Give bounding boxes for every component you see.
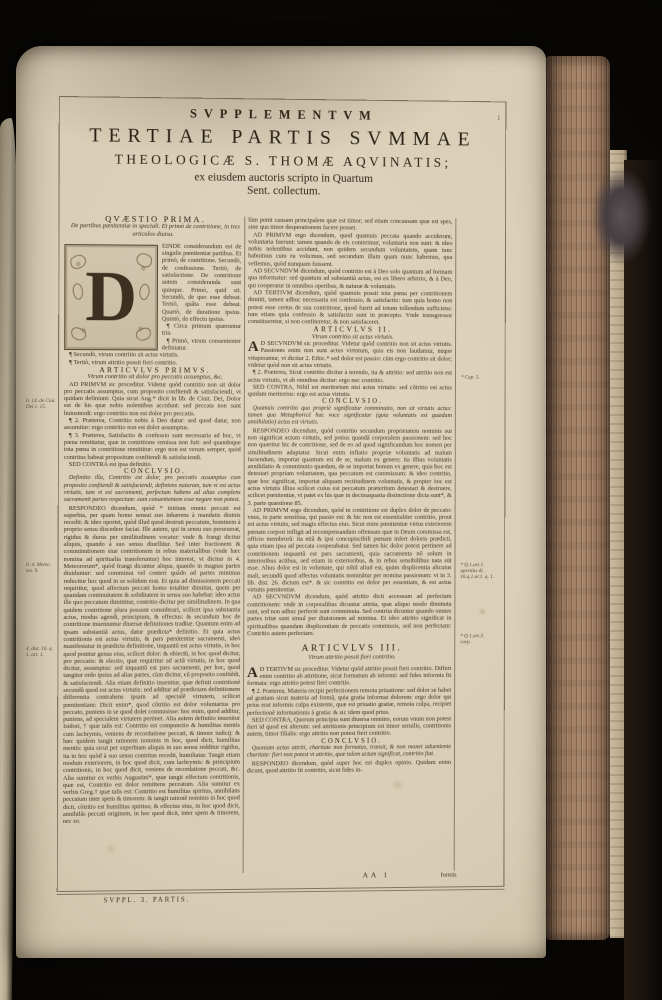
sed-contra-paragraph: SED CONTRA, Nihil est meritorium nisi ac… xyxy=(248,384,452,399)
marginal-note: * Q.1.art.1. apertiùs di. 16.q.1.ar.1. q… xyxy=(460,562,495,580)
marginal-note: li. 4. Meteo. tex. 9. xyxy=(26,562,56,574)
reply-paragraph: AD SECVNDVM dicendum, quòd contritio est… xyxy=(248,267,452,290)
article-1-subtitle: Vtrum contritio sit dolor pro peccatis a… xyxy=(64,373,241,381)
right-margin-notes: * Cap. 5. * Q.1.art.1. apertiùs di. 16.q… xyxy=(458,218,503,870)
marginal-note: * Q.1.art.3. corp. xyxy=(460,633,495,645)
reply-paragraph: AD PRIMVM ergo dicendum, quod quamuis pe… xyxy=(248,231,452,269)
conclusio-paragraph: Quoniam actus attriti, charitate non for… xyxy=(247,744,451,760)
respondeo-paragraph: RESPONDEO dicendum, quòd * initium omnis… xyxy=(63,505,241,826)
respondeo-paragraph: RESPONDEO dicendum, quòd super hoc est d… xyxy=(247,759,451,775)
conclusio-paragraph: Quamuis contritio qua propriè significat… xyxy=(248,405,452,427)
cover-corner-blotch xyxy=(592,168,658,288)
text-frame: 1 SVPPLEMENTVM TERTIAE PARTIS SVMMAE THE… xyxy=(57,96,507,892)
marginal-note: 4. dist. 16. q. 1. art. 1. xyxy=(26,646,56,658)
questio-intro: De partibus pœnitentiæ in speciali. Et p… xyxy=(64,222,241,238)
continuation-paragraph: lùm ponit causam principalem quæ est tim… xyxy=(248,217,452,233)
column-divider-rule xyxy=(243,217,246,873)
marginal-note: * Cap. 5. xyxy=(461,375,496,381)
woodcut-initial-d: D xyxy=(64,244,158,350)
header-title-main: TERTIAE PARTIS SVMMAE xyxy=(60,124,506,152)
catchword: formis xyxy=(441,872,457,879)
initial-letter-a: A xyxy=(247,666,260,680)
header-title-sub: THEOLOGICÆ S. THOMÆ AQVINATIS; xyxy=(60,151,506,171)
initial-letter-a: A xyxy=(248,340,261,354)
reply-paragraph: AD PRIMVM ergo dicendum, quòd in contrit… xyxy=(247,507,451,594)
notes-divider-rule xyxy=(454,218,457,870)
initial-letter: D xyxy=(65,253,157,339)
objection-paragraph: AD SECVNDVM sic proceditur. Videtur quòd… xyxy=(248,340,452,370)
book-page: li. 14. de Ciui. Dei c. 15. li. 4. Meteo… xyxy=(16,46,546,958)
footer-signature: SVPPL. 3. PARTIS. xyxy=(104,895,190,904)
sed-contra-paragraph: SED CONTRA, Quorum principia sunt diuers… xyxy=(247,715,451,738)
sed-contra-paragraph: SED CONTRA est ipsa definitio. xyxy=(64,461,241,468)
objection-paragraph: ¶ 2. Præterea, Materia recipit perfectio… xyxy=(247,687,451,717)
photo-background: li. 14. de Ciui. Dei c. 15. li. 4. Meteo… xyxy=(0,0,662,1000)
column-left: QVÆSTIO PRIMA. De partibus pœnitentiæ in… xyxy=(63,215,242,875)
respondeo-paragraph: RESPONDEO dicendum, quòd contritio secun… xyxy=(248,427,452,507)
page-header: SVPPLEMENTVM TERTIAE PARTIS SVMMAE THEOL… xyxy=(60,105,506,199)
gathering-mark: AA 1 xyxy=(363,870,391,879)
objection-paragraph: AD TERTIVM sic proceditur. Videtur quòd … xyxy=(247,665,451,688)
conclusio-paragraph: Definitio illa, Contritio est dolor, pro… xyxy=(64,475,241,504)
objection-paragraph: ¶ 2. Præterea, Sicut contritio dicitur à… xyxy=(248,369,452,384)
objection-paragraph: AD PRIMVM sic proceditur. Videtur quòd c… xyxy=(64,381,241,418)
objection-paragraph: ¶ 2. Præterea, Contritio nobis à Deo dat… xyxy=(64,417,241,432)
reply-paragraph: AD TERTIVM dicendum, quòd quamuis possit… xyxy=(248,289,452,326)
reply-paragraph: AD SECVNDVM dicendum, quòd attritio dici… xyxy=(247,593,451,637)
text-columns: QVÆSTIO PRIMA. De partibus pœnitentiæ in… xyxy=(63,215,502,875)
header-supplementum: SVPPLEMENTVM xyxy=(60,105,506,125)
column-right: lùm ponit causam principalem quæ est tim… xyxy=(247,217,453,873)
objection-paragraph: ¶ 3. Præterea, Satisfactio & confessio s… xyxy=(64,432,241,461)
marginal-note: li. 14. de Ciui. Dei c. 15. xyxy=(26,398,56,410)
